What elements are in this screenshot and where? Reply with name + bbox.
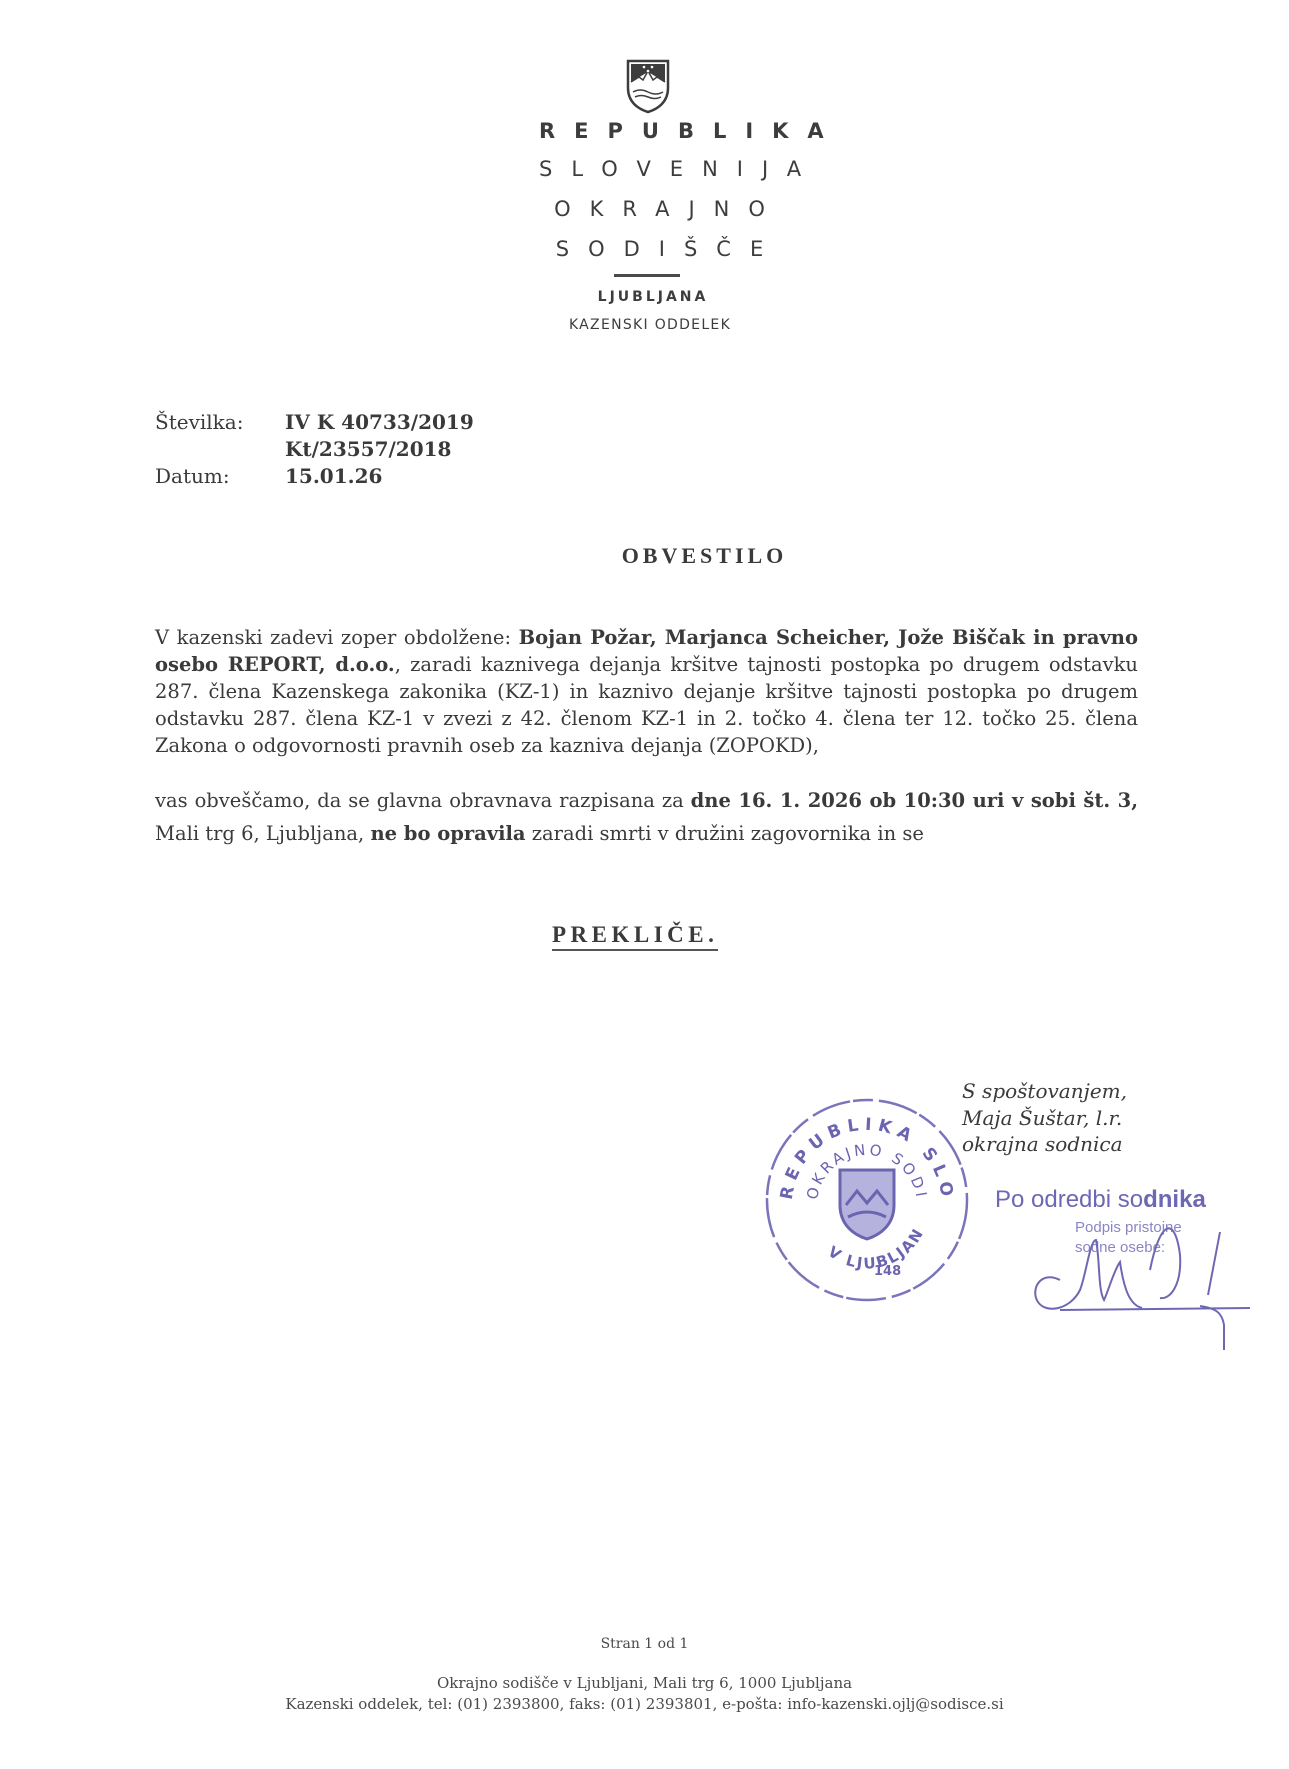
case-intro: V kazenski zadevi zoper obdolžene: [155,626,519,649]
hearing-status: ne bo opravila [370,822,525,845]
page-number: Stran 1 od 1 [0,1636,1289,1652]
header-slovenija: SLOVENIJA [520,157,799,181]
date-value: 15.01.26 [285,464,382,488]
header-sodisce: SODIŠČE [520,237,799,261]
header-department: KAZENSKI ODDELEK [520,317,780,333]
handwritten-signature [1010,1200,1260,1350]
header-city: LJUBLJANA [520,289,783,305]
coat-of-arms-icon [625,58,671,114]
paragraph-case: V kazenski zadevi zoper obdolžene: Bojan… [155,624,1138,759]
court-seal-icon: REPUBLIKA SLOVENIJA OKRAJNO SODIŠČE V LJ… [762,1095,972,1305]
hearing-datetime: dne 16. 1. 2026 ob 10:30 uri v sobi št. … [691,789,1138,812]
notice-intro: vas obveščamo, da se glavna obravnava ra… [155,789,691,812]
footer-contact: Kazenski oddelek, tel: (01) 2393800, fak… [0,1695,1289,1713]
header-republika: REPUBLIKA [520,119,799,143]
case-number-label: Številka: [155,410,243,434]
prosecution-number-value: Kt/23557/2018 [285,437,451,461]
paragraph-notice: vas obveščamo, da se glavna obravnava ra… [155,784,1138,850]
conclusion-cancelled: PREKLIČE. [552,922,718,951]
signature-block: S spoštovanjem, Maja Šuštar, l.r. okrajn… [962,1078,1127,1158]
svg-text:148: 148 [874,1264,901,1279]
hearing-location: Mali trg 6, Ljubljana, [155,822,370,845]
judge-role: okrajna sodnica [962,1131,1127,1158]
footer-address: Okrajno sodišče v Ljubljani, Mali trg 6,… [0,1674,1289,1692]
header-okrajno: OKRAJNO [520,197,799,221]
judge-name: Maja Šuštar, l.r. [962,1105,1127,1132]
greeting: S spoštovanjem, [962,1078,1127,1105]
date-label: Datum: [155,464,230,488]
case-number-value: IV K 40733/2019 [285,410,474,434]
notice-reason: zaradi smrti v družini zagovornika in se [526,822,924,845]
document-title: OBVESTILO [0,543,1289,569]
header-divider [614,274,680,277]
